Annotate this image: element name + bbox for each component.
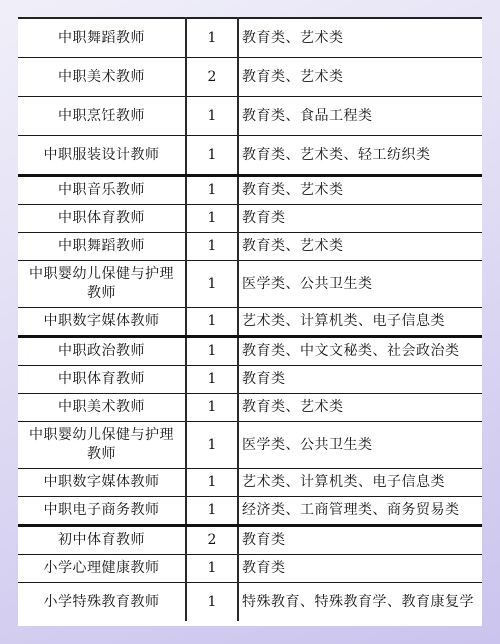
count-cell: 2 (186, 526, 238, 555)
major-cell: 教育类、食品工程类 (238, 97, 482, 136)
position-text: 中职婴幼儿保健与护理教师 (18, 426, 185, 464)
major-cell: 艺术类、计算机类、电子信息类 (238, 308, 482, 337)
table-row: 中职婴幼儿保健与护理教师 1 医学类、公共卫生类 (18, 261, 482, 308)
count-cell: 1 (186, 136, 238, 176)
table-row: 中职烹饪教师 1 教育类、食品工程类 (18, 97, 482, 136)
recruitment-table: 中职舞蹈教师 1 教育类、艺术类 中职美术教师 2 教育类、艺术类 中职烹饪教师… (18, 17, 482, 621)
major-cell: 教育类 (238, 205, 482, 233)
position-text: 中职婴幼儿保健与护理教师 (18, 265, 185, 303)
table-row: 中职舞蹈教师 1 教育类、艺术类 (18, 18, 482, 58)
position-cell: 中职婴幼儿保健与护理教师 (18, 261, 186, 308)
position-cell: 中职舞蹈教师 (18, 18, 186, 58)
count-cell: 1 (186, 261, 238, 308)
table-row: 中职数字媒体教师 1 艺术类、计算机类、电子信息类 (18, 469, 482, 497)
table-row: 中职数字媒体教师 1 艺术类、计算机类、电子信息类 (18, 308, 482, 337)
count-cell: 1 (186, 394, 238, 422)
position-cell: 中职音乐教师 (18, 176, 186, 205)
table-row: 中职政治教师 1 教育类、中文文秘类、社会政治类 (18, 337, 482, 366)
position-cell: 中职烹饪教师 (18, 97, 186, 136)
major-cell: 医学类、公共卫生类 (238, 422, 482, 469)
table-row: 小学心理健康教师 1 教育类 (18, 555, 482, 583)
position-cell: 小学特殊教育教师 (18, 583, 186, 622)
position-cell: 中职舞蹈教师 (18, 233, 186, 261)
count-cell: 1 (186, 176, 238, 205)
major-cell: 教育类、中文文秘类、社会政治类 (238, 337, 482, 366)
table-row: 初中体育教师 2 教育类 (18, 526, 482, 555)
position-cell: 中职婴幼儿保健与护理教师 (18, 422, 186, 469)
table-row: 中职体育教师 1 教育类 (18, 366, 482, 394)
count-cell: 1 (186, 555, 238, 583)
count-cell: 1 (186, 337, 238, 366)
position-cell: 中职美术教师 (18, 394, 186, 422)
position-cell: 初中体育教师 (18, 526, 186, 555)
count-cell: 1 (186, 308, 238, 337)
count-cell: 1 (186, 205, 238, 233)
count-cell: 1 (186, 469, 238, 497)
count-cell: 1 (186, 97, 238, 136)
position-cell: 中职数字媒体教师 (18, 469, 186, 497)
table-row: 中职音乐教师 1 教育类、艺术类 (18, 176, 482, 205)
count-cell: 1 (186, 18, 238, 58)
position-cell: 中职政治教师 (18, 337, 186, 366)
count-cell: 1 (186, 422, 238, 469)
count-cell: 2 (186, 58, 238, 97)
major-cell: 教育类、艺术类 (238, 233, 482, 261)
position-cell: 中职美术教师 (18, 58, 186, 97)
major-cell: 教育类 (238, 526, 482, 555)
position-cell: 中职体育教师 (18, 205, 186, 233)
table-row: 小学特殊教育教师 1 特殊教育、特殊教育学、教育康复学 (18, 583, 482, 622)
major-cell: 教育类、艺术类 (238, 58, 482, 97)
position-cell: 小学心理健康教师 (18, 555, 186, 583)
major-cell: 教育类 (238, 366, 482, 394)
table-row: 中职服装设计教师 1 教育类、艺术类、轻工纺织类 (18, 136, 482, 176)
count-cell: 1 (186, 497, 238, 526)
major-cell: 艺术类、计算机类、电子信息类 (238, 469, 482, 497)
major-cell: 医学类、公共卫生类 (238, 261, 482, 308)
table-row: 中职婴幼儿保健与护理教师 1 医学类、公共卫生类 (18, 422, 482, 469)
table-row: 中职美术教师 2 教育类、艺术类 (18, 58, 482, 97)
table-row: 中职体育教师 1 教育类 (18, 205, 482, 233)
position-cell: 中职电子商务教师 (18, 497, 186, 526)
major-cell: 教育类、艺术类、轻工纺织类 (238, 136, 482, 176)
count-cell: 1 (186, 366, 238, 394)
count-cell: 1 (186, 583, 238, 622)
major-cell: 特殊教育、特殊教育学、教育康复学 (238, 583, 482, 622)
count-cell: 1 (186, 233, 238, 261)
position-cell: 中职数字媒体教师 (18, 308, 186, 337)
position-cell: 中职体育教师 (18, 366, 186, 394)
major-cell: 教育类 (238, 555, 482, 583)
major-cell: 教育类、艺术类 (238, 394, 482, 422)
major-cell: 教育类、艺术类 (238, 176, 482, 205)
table-row: 中职舞蹈教师 1 教育类、艺术类 (18, 233, 482, 261)
major-cell: 教育类、艺术类 (238, 18, 482, 58)
position-cell: 中职服装设计教师 (18, 136, 186, 176)
major-cell: 经济类、工商管理类、商务贸易类 (238, 497, 482, 526)
table-row: 中职美术教师 1 教育类、艺术类 (18, 394, 482, 422)
table-row: 中职电子商务教师 1 经济类、工商管理类、商务贸易类 (18, 497, 482, 526)
